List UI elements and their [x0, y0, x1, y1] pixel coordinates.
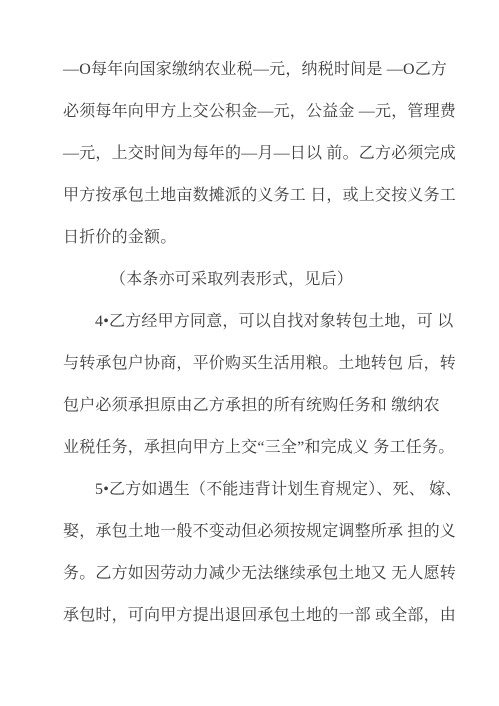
- text-line-clause-4-start: 4•乙方经甲方同意，可以自找对象转包土地，可 以: [63, 301, 459, 343]
- text-line: 甲方按承包土地亩数摊派的义务工 日，或上交按义务工: [63, 175, 459, 217]
- text-line: 与转承包户协商，平价购买生活用粮。土地转包 后，转: [63, 343, 459, 385]
- text-line: 包户必须承担原由乙方承担的所有统购任务和 缴纳农: [63, 385, 459, 427]
- text-line: 业税任务，承担向甲方上交“三全”和完成义 务工任务。: [63, 427, 459, 469]
- text-line-parenthetical-note: （本条亦可采取列表形式，见后）: [63, 259, 459, 301]
- text-line: 承包时，可向甲方提出退回承包土地的一部 或全部，由: [63, 595, 459, 637]
- text-line: 务。乙方如因劳动力减少无法继续承包土地又 无人愿转: [63, 553, 459, 595]
- document-page: —O每年向国家缴纳农业税—元，纳税时间是 —O乙方 必须每年向甲方上交公积金—元…: [0, 0, 499, 706]
- text-line-clause-5-start: 5•乙方如遇生（不能违背计划生育规定）、死、 嫁、: [63, 469, 459, 511]
- text-line: 日折价的金额。: [63, 217, 459, 259]
- text-line: 必须每年向甲方上交公积金—元，公益金 —元，管理费: [63, 91, 459, 133]
- text-line: —元，上交时间为每年的—月—日以 前。乙方必须完成: [63, 133, 459, 175]
- text-line: —O每年向国家缴纳农业税—元，纳税时间是 —O乙方: [63, 49, 459, 91]
- text-line: 娶，承包土地一般不变动但必须按规定调整所承 担的义: [63, 511, 459, 553]
